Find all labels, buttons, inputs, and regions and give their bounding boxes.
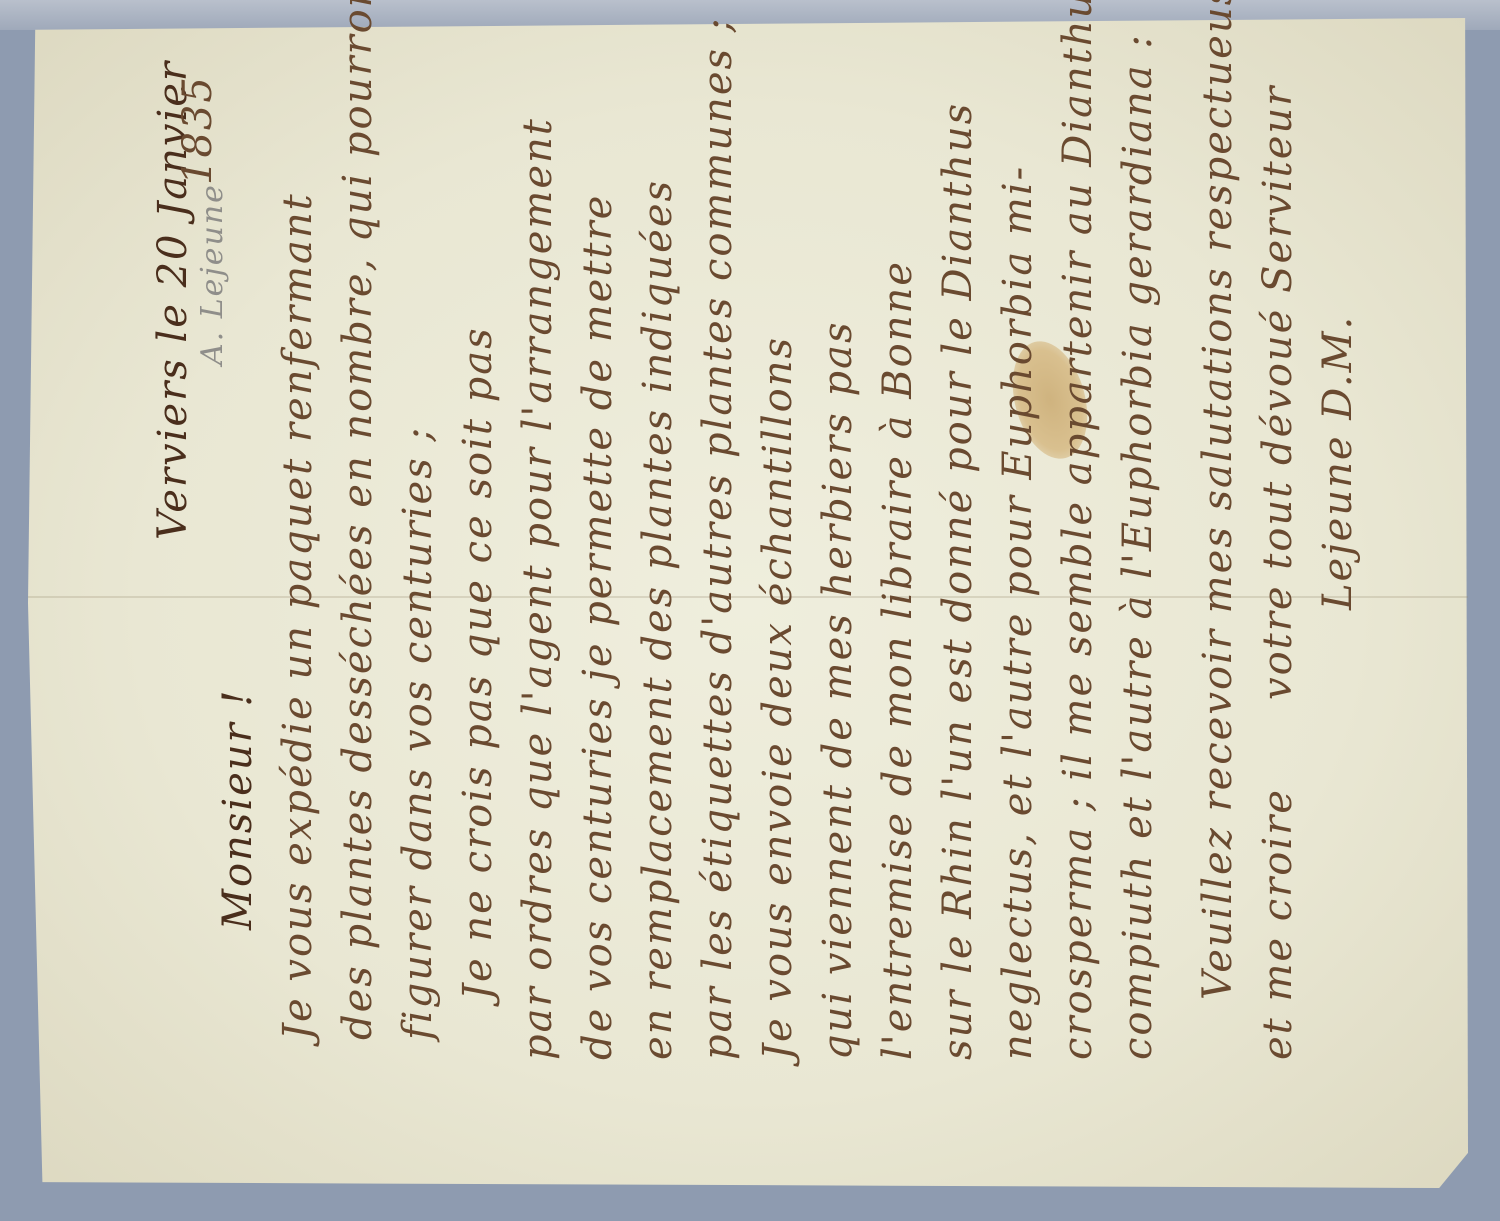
body-line: Je ne crois pas que ce soit pas: [455, 326, 501, 1000]
body-line: Veuillez recevoir mes salutations respec…: [1195, 0, 1241, 1000]
year: 1835: [175, 75, 221, 185]
body-line: en remplacement des plantes indiquées: [635, 179, 681, 1060]
body-line: Je vous expédie un paquet renfermant: [275, 192, 321, 1040]
closing-line: votre tout dévoué Serviteur: [1255, 85, 1301, 700]
salutation: Monsieur !: [215, 689, 261, 930]
body-line: Je vous envoie deux échantillons: [755, 336, 801, 1060]
paper-fold-line: [28, 596, 1468, 598]
letter-paper: [28, 18, 1468, 1188]
body-line: par les étiquettes d'autres plantes comm…: [695, 17, 741, 1060]
body-line: des plantes desséchées en nombre, qui po…: [335, 0, 381, 1040]
body-line: neglectus, et l'autre pour Euphorbia mi-: [995, 165, 1041, 1060]
body-line: de vos centuries je permette de mettre: [575, 194, 621, 1060]
closing-line: et me croire: [1255, 788, 1301, 1060]
body-line: par ordres que l'agent pour l'arrangemen…: [515, 117, 561, 1060]
body-line: crosperma ; il me semble appartenir au D…: [1055, 0, 1101, 1060]
body-line: sur le Rhin l'un est donné pour le Diant…: [935, 102, 981, 1060]
body-line: qui viennent de mes herbiers pas: [815, 321, 861, 1061]
body-line: figurer dans vos centuries ;: [395, 426, 441, 1040]
pencil-annotation: A. Lejeune: [195, 183, 230, 365]
signature: Lejeune D.M.: [1315, 315, 1361, 610]
body-line: compiuth et l'autre à l'Euphorbia gerard…: [1115, 33, 1161, 1060]
body-line: l'entremise de mon libraire à Bonne: [875, 260, 921, 1060]
